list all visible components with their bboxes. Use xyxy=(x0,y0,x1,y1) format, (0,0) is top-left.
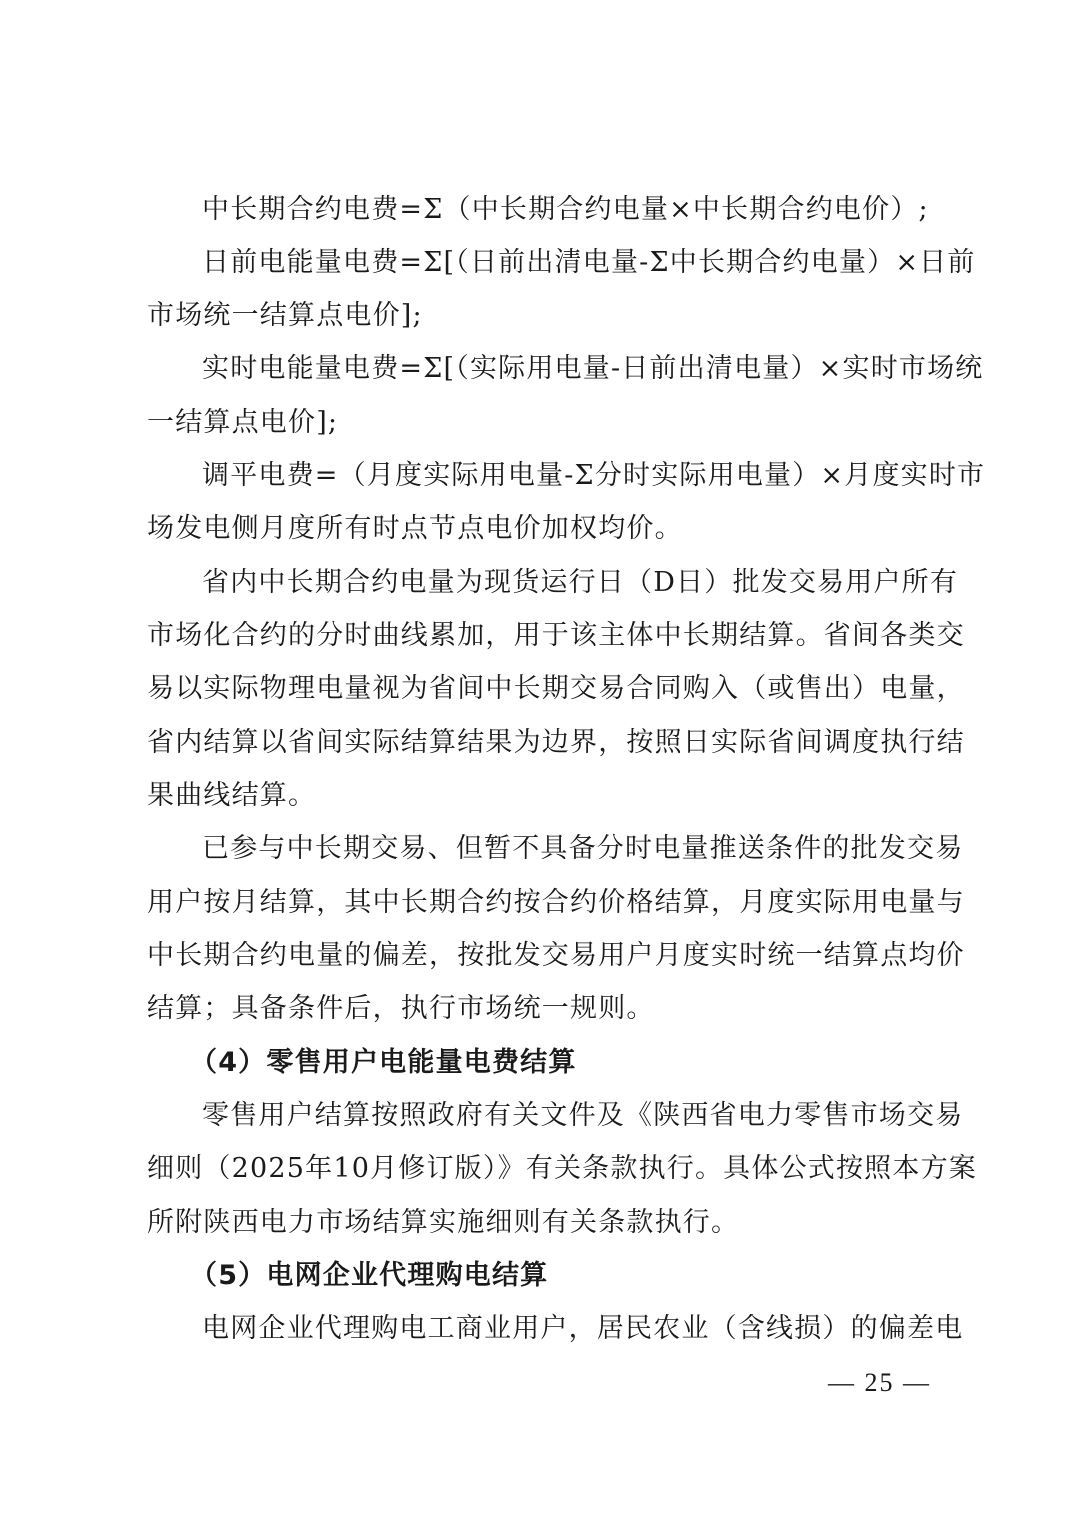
formula-real-time-fee-cont: 一结算点电价]; xyxy=(147,403,947,443)
paragraph-line: 市场化合约的分时曲线累加，用于该主体中长期结算。省间各类交 xyxy=(147,616,947,656)
document-page: 中长期合约电费=Σ（中长期合约电量×中长期合约电价）; 日前电能量电费=Σ[（日… xyxy=(0,0,1080,1527)
paragraph-line: 果曲线结算。 xyxy=(147,776,947,816)
paragraph-line: 用户按月结算，其中长期合约按合约价格结算，月度实际用电量与 xyxy=(147,883,947,923)
section-heading-grid-agent: （5）电网企业代理购电结算 xyxy=(190,1256,990,1296)
formula-real-time-fee: 实时电能量电费=Σ[（实际用电量-日前出清电量）×实时市场统 xyxy=(202,349,1002,389)
formula-day-ahead-fee-cont: 市场统一结算点电价]; xyxy=(147,296,947,336)
paragraph-line: 电网企业代理购电工商业用户，居民农业（含线损）的偏差电 xyxy=(202,1309,1002,1349)
paragraph-line: 所附陕西电力市场结算实施细则有关条款执行。 xyxy=(147,1203,947,1243)
paragraph-line: 省内结算以省间实际结算结果为边界，按照日实际省间调度执行结 xyxy=(147,723,947,763)
section-heading-retail: （4）零售用户电能量电费结算 xyxy=(190,1043,990,1083)
paragraph-line: 结算；具备条件后，执行市场统一规则。 xyxy=(147,989,947,1029)
paragraph-line: 细则（2025年10月修订版）》有关条款执行。具体公式按照本方案 xyxy=(147,1149,947,1189)
paragraph-line: 易以实际物理电量视为省间中长期交易合同购入（或售出）电量， xyxy=(147,669,947,709)
page-number: — 25 — xyxy=(828,1367,931,1399)
formula-day-ahead-fee: 日前电能量电费=Σ[（日前出清电量-Σ中长期合约电量）×日前 xyxy=(202,243,1002,283)
formula-balancing-fee-cont: 场发电侧月度所有时点节点电价加权均价。 xyxy=(147,509,947,549)
paragraph-line: 中长期合约电量的偏差，按批发交易用户月度实时统一结算点均价 xyxy=(147,936,947,976)
formula-balancing-fee: 调平电费=（月度实际用电量-Σ分时实际用电量）×月度实时市 xyxy=(202,456,1002,496)
paragraph-line: 已参与中长期交易、但暂不具备分时电量推送条件的批发交易 xyxy=(202,829,1002,869)
paragraph-line: 省内中长期合约电量为现货运行日（D日）批发交易用户所有 xyxy=(202,563,1002,603)
paragraph-line: 零售用户结算按照政府有关文件及《陕西省电力零售市场交易 xyxy=(202,1096,1002,1136)
formula-mid-long-term-fee: 中长期合约电费=Σ（中长期合约电量×中长期合约电价）; xyxy=(202,190,1002,230)
